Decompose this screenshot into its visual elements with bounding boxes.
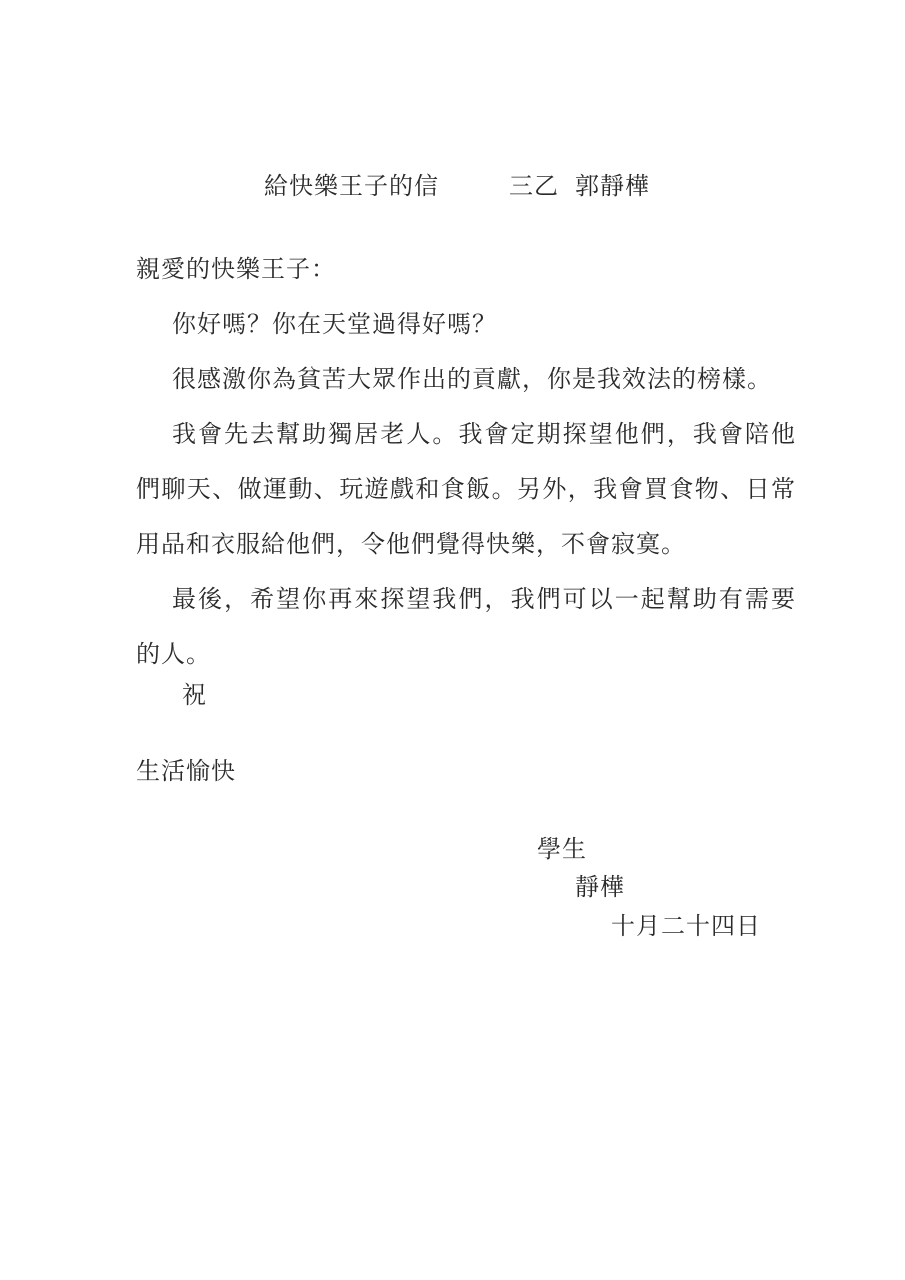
class-label: 三乙 (509, 173, 559, 200)
paragraph: 最後，希望你再來探望我們，我們可以一起幫助有需要的人。 (136, 572, 796, 682)
signature-date: 十月二十四日 (611, 911, 761, 943)
paragraph: 很感激你為貧苦大眾作出的貢獻，你是我效法的榜樣。 (136, 352, 796, 407)
signature-name: 靜樺 (575, 872, 625, 904)
signature-role: 學生 (537, 834, 587, 866)
letter-body: 你好嗎？你在天堂過得好嗎？ 很感激你為貧苦大眾作出的貢獻，你是我效法的榜樣。 我… (136, 297, 796, 682)
paragraph: 我會先去幫助獨居老人。我會定期探望他們，我會陪他們聊天、做運動、玩遊戲和食飯。另… (136, 407, 796, 572)
closing-wish: 生活愉快 (136, 744, 236, 799)
letter-document: 給快樂王子的信三乙郭靜樺 親愛的快樂王子： 你好嗎？你在天堂過得好嗎？ 很感激你… (0, 0, 905, 1280)
paragraph: 你好嗎？你在天堂過得好嗎？ (136, 297, 796, 352)
title-line: 給快樂王子的信三乙郭靜樺 (264, 166, 650, 201)
closing-word: 祝 (136, 668, 206, 723)
salutation: 親愛的快樂王子： (136, 242, 336, 297)
author-name: 郭靜樺 (575, 173, 650, 200)
letter-title: 給快樂王子的信 (264, 173, 439, 200)
